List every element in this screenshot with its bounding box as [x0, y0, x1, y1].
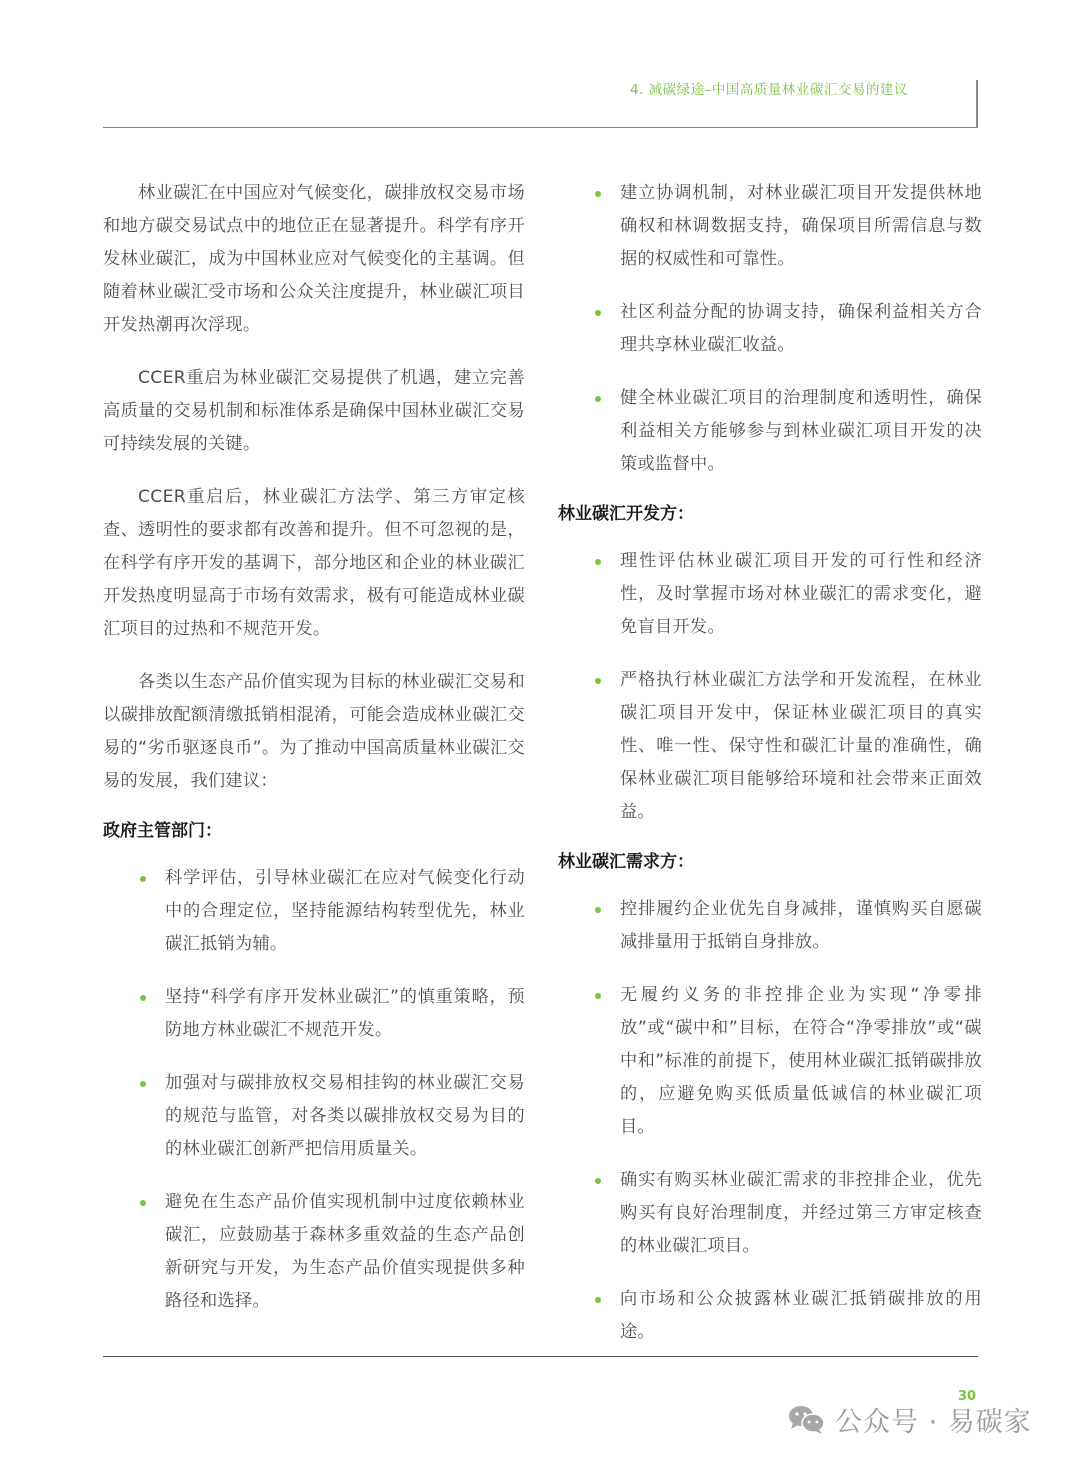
bullet-dot-icon [595, 1178, 601, 1184]
list-item: 健全林业碳汇项目的治理制度和透明性，确保利益相关方能够参与到林业碳汇项目开发的决… [558, 382, 982, 481]
bullet-dot-icon [140, 1200, 146, 1206]
bullet-dot-icon [595, 1297, 601, 1303]
bullet-dot-icon [595, 559, 601, 565]
bullet-dot-icon [595, 310, 601, 316]
bullet-dot-icon [140, 995, 146, 1001]
bullet-dot-icon [595, 396, 601, 402]
list-item: 确实有购买林业碳汇需求的非控排企业，优先购买有良好治理制度，并经过第三方审定核查… [558, 1164, 982, 1263]
list-item: 控排履约企业优先自身减排，谨慎购买自愿碳减排量用于抵销自身排放。 [558, 893, 982, 959]
section-heading-developers: 林业碳汇开发方： [558, 501, 982, 527]
list-item: 社区利益分配的协调支持，确保利益相关方合理共享林业碳汇收益。 [558, 296, 982, 362]
watermark-text: 公众号 · 易碳家 [835, 1400, 1032, 1439]
left-column: 林业碳汇在中国应对气候变化，碳排放权交易市场和地方碳交易试点中的地位正在显著提升… [103, 177, 525, 1338]
right-column: 建立协调机制，对林业碳汇项目开发提供林地确权和林调数据支持，确保项目所需信息与数… [558, 177, 982, 1369]
list-item: 避免在生态产品价值实现机制中过度依赖林业碳汇，应鼓励基于森林多重效益的生态产品创… [103, 1186, 525, 1318]
buyers-bullet-list: 控排履约企业优先自身减排，谨慎购买自愿碳减排量用于抵销自身排放。 无履约义务的非… [558, 893, 982, 1349]
bullet-dot-icon [595, 907, 601, 913]
header-divider-vertical [976, 80, 978, 128]
list-item: 坚持“科学有序开发林业碳汇”的慎重策略，预防地方林业碳汇不规范开发。 [103, 981, 525, 1047]
list-item: 向市场和公众披露林业碳汇抵销碳排放的用途。 [558, 1283, 982, 1349]
intro-paragraph-2: CCER重启为林业碳汇交易提供了机遇，建立完善高质量的交易机制和标准体系是确保中… [103, 362, 525, 461]
wechat-icon [787, 1404, 827, 1436]
footer-divider [103, 1356, 978, 1357]
list-item: 严格执行林业碳汇方法学和开发流程，在林业碳汇项目开发中，保证林业碳汇项目的真实性… [558, 664, 982, 829]
watermark: 公众号 · 易碳家 [787, 1400, 1032, 1439]
list-item: 科学评估，引导林业碳汇在应对气候变化行动中的合理定位，坚持能源结构转型优先，林业… [103, 862, 525, 961]
list-item: 建立协调机制，对林业碳汇项目开发提供林地确权和林调数据支持，确保项目所需信息与数… [558, 177, 982, 276]
bullet-dot-icon [140, 1081, 146, 1087]
section-heading-government: 政府主管部门： [103, 818, 525, 844]
government-bullet-list: 科学评估，引导林业碳汇在应对气候变化行动中的合理定位，坚持能源结构转型优先，林业… [103, 862, 525, 1318]
developers-bullet-list: 理性评估林业碳汇项目开发的可行性和经济性，及时掌握市场对林业碳汇的需求变化，避免… [558, 545, 982, 829]
running-header-title: 4. 减碳绿途–中国高质量林业碳汇交易的建议 [630, 78, 908, 98]
government-bullet-list-continued: 建立协调机制，对林业碳汇项目开发提供林地确权和林调数据支持，确保项目所需信息与数… [558, 177, 982, 481]
bullet-dot-icon [140, 876, 146, 882]
intro-paragraph-1: 林业碳汇在中国应对气候变化，碳排放权交易市场和地方碳交易试点中的地位正在显著提升… [103, 177, 525, 342]
header-divider [103, 127, 978, 128]
bullet-dot-icon [595, 993, 601, 999]
bullet-dot-icon [595, 678, 601, 684]
intro-paragraph-4: 各类以生态产品价值实现为目标的林业碳汇交易和以碳排放配额清缴抵销相混淆，可能会造… [103, 666, 525, 798]
list-item: 理性评估林业碳汇项目开发的可行性和经济性，及时掌握市场对林业碳汇的需求变化，避免… [558, 545, 982, 644]
bullet-dot-icon [595, 191, 601, 197]
list-item: 无履约义务的非控排企业为实现“净零排放”或“碳中和”目标，在符合“净零排放”或“… [558, 979, 982, 1144]
section-heading-buyers: 林业碳汇需求方： [558, 849, 982, 875]
intro-paragraph-3: CCER重启后，林业碳汇方法学、第三方审定核查、透明性的要求都有改善和提升。但不… [103, 481, 525, 646]
list-item: 加强对与碳排放权交易相挂钩的林业碳汇交易的规范与监管，对各类以碳排放权交易为目的… [103, 1067, 525, 1166]
